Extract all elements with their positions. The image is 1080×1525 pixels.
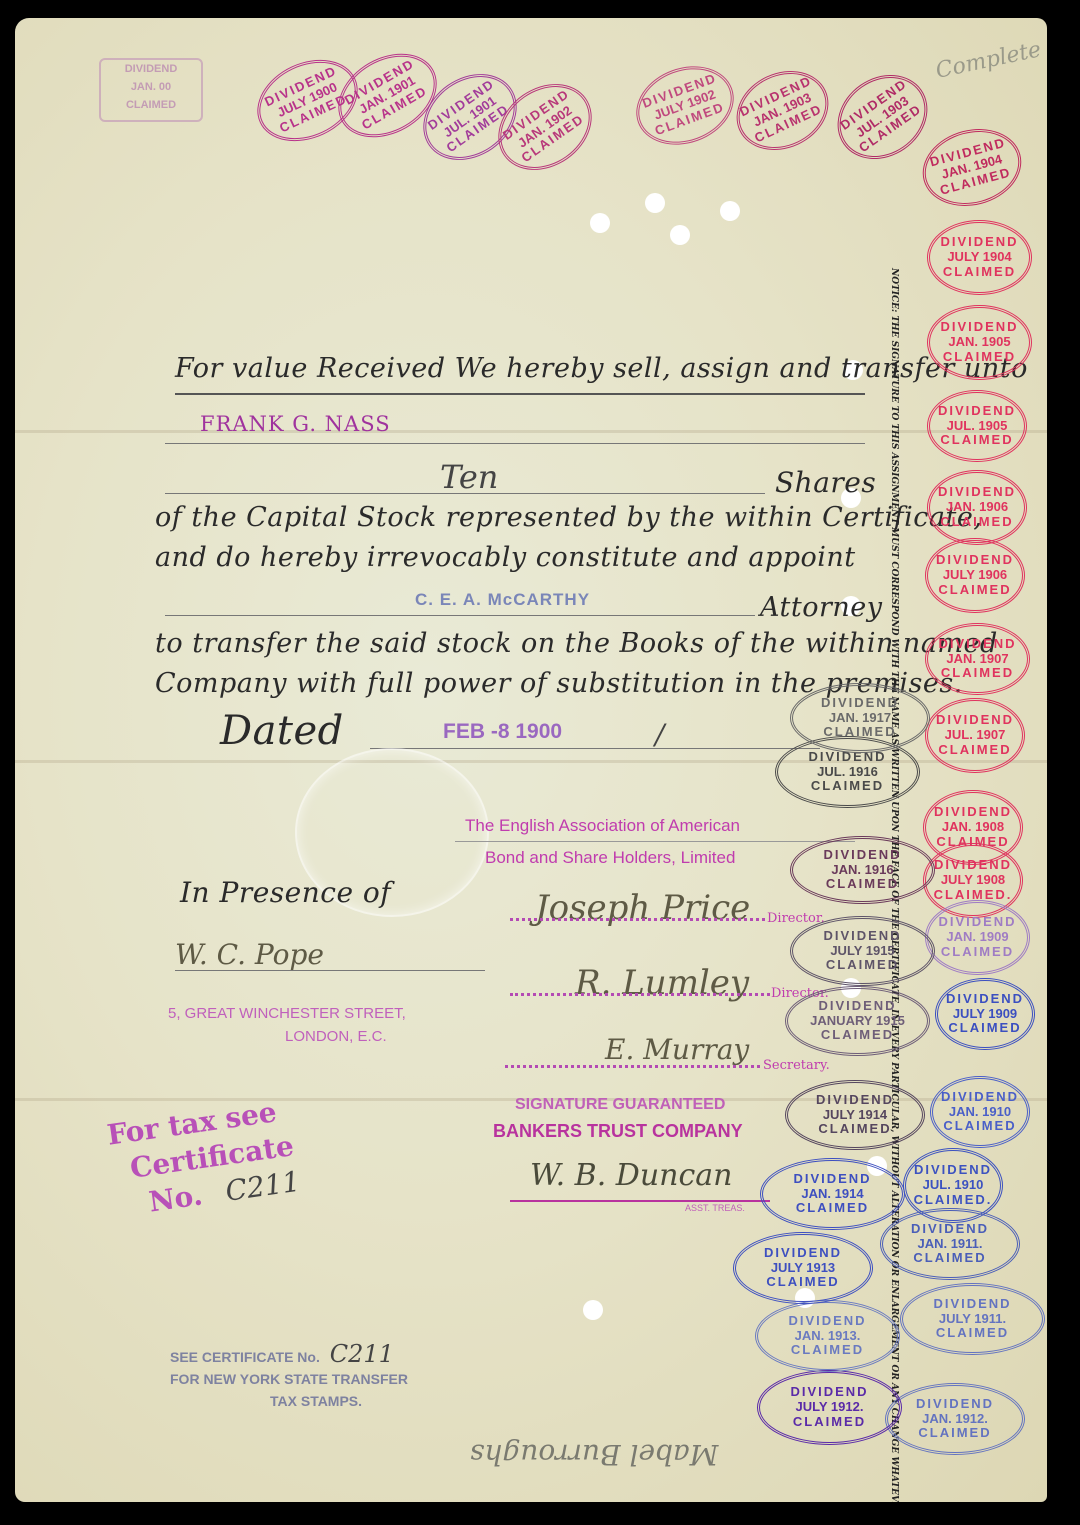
dividend-claimed-stamp: DIVIDENDJULY 1914CLAIMED (785, 1080, 925, 1150)
rule (165, 615, 755, 616)
punch-hole (583, 1300, 603, 1320)
shares-handwritten: Ten (440, 458, 498, 496)
attorney-label: Attorney (760, 592, 883, 623)
assignment-line-4: and do hereby irrevocably constitute and… (155, 542, 856, 573)
punch-hole (645, 193, 665, 213)
dated-label: Dated (220, 708, 344, 754)
pencil-note-top-right: Complete (934, 37, 1044, 84)
dividend-claimed-stamp: DIVIDENDJAN. 1917CLAIMED (790, 683, 930, 753)
director-2-signature: R. Lumley (575, 963, 749, 1003)
guarantee-line-2: BANKERS TRUST COMPANY (493, 1121, 743, 1142)
guarantee-signature: W. B. Duncan (530, 1158, 733, 1193)
assignment-line-1: For value Received We hereby sell, assig… (175, 353, 1028, 384)
dividend-claimed-stamp: DIVIDENDJAN. 1905CLAIMED (927, 305, 1032, 380)
dividend-claimed-stamp: DIVIDENDJAN. 1914CLAIMED (760, 1158, 905, 1230)
dividend-claimed-stamp: DIVIDENDJAN. 1912.CLAIMED (885, 1383, 1025, 1455)
rule (165, 443, 865, 444)
ny-transfer-tax-stamp: SEE CERTIFICATE No. C211 FOR NEW YORK ST… (170, 1343, 408, 1412)
dividend-claimed-stamp: DIVIDENDJULY 1906CLAIMED (925, 538, 1025, 613)
punch-hole (720, 201, 740, 221)
dividend-claimed-stamp: DIVIDENDJULY 1912.CLAIMED (757, 1370, 902, 1445)
company-stamp-line-2: Bond and Share Holders, Limited (485, 848, 735, 868)
company-stamp-line-1: The English Association of American (465, 816, 740, 836)
faded-dividend-box-stamp: DIVIDEND JAN. 00 CLAIMED (99, 58, 203, 122)
dividend-claimed-stamp: DIVIDENDJAN. 1911.CLAIMED (880, 1208, 1020, 1280)
assignment-line-6: to transfer the said stock on the Books … (155, 628, 998, 659)
rule (455, 841, 855, 842)
rule (175, 970, 485, 971)
assignee-stamp: FRANK G. NASS (200, 412, 391, 436)
dividend-claimed-stamp: DIVIDENDJAN. 1903CLAIMED (724, 56, 842, 164)
dividend-claimed-stamp: DIVIDENDJULY 1909CLAIMED (935, 978, 1035, 1050)
ny-certificate-number: C211 (330, 1340, 394, 1368)
punch-hole (670, 225, 690, 245)
witness-address-line-2: LONDON, E.C. (285, 1028, 387, 1045)
dividend-claimed-stamp: DIVIDENDJULY 1902CLAIMED (625, 53, 745, 158)
signature-line (510, 993, 770, 996)
signature-line (510, 918, 765, 921)
dividend-claimed-stamp: DIVIDENDJULY 1911.CLAIMED (900, 1283, 1045, 1355)
dividend-claimed-stamp: DIVIDENDJAN. 1907CLAIMED (925, 623, 1030, 695)
dividend-claimed-stamp: DIVIDENDJULY 1913CLAIMED (733, 1232, 873, 1304)
dividend-claimed-stamp: DIVIDENDJAN. 1904CLAIMED (914, 118, 1030, 216)
dividend-claimed-stamp: DIVIDENDJANUARY 1915CLAIMED (785, 986, 930, 1056)
dividend-claimed-stamp: DIVIDENDJULY 1904CLAIMED (927, 220, 1032, 295)
assignment-line-3: of the Capital Stock represented by the … (155, 502, 982, 533)
guarantee-role: ASST. TREAS. (685, 1203, 745, 1213)
rule (165, 493, 765, 494)
date-stamp: FEB -8 1900 (443, 720, 562, 744)
rule (510, 1200, 770, 1202)
dividend-claimed-stamp: DIVIDENDJAN. 1913.CLAIMED (755, 1300, 900, 1372)
rule (370, 748, 820, 749)
certificate-paper: DIVIDEND JAN. 00 CLAIMED Complete For va… (15, 18, 1047, 1502)
tax-stamp: For tax see Certificate No. C211 (105, 1092, 302, 1225)
dividend-claimed-stamp: DIVIDENDJAN. 1916CLAIMED (790, 836, 935, 904)
shares-label: Shares (775, 466, 876, 499)
rule (175, 393, 865, 395)
secretary-role: Secretary. (763, 1058, 830, 1073)
punch-hole (590, 213, 610, 233)
dividend-claimed-stamp: DIVIDENDJUL. 1907CLAIMED (925, 698, 1025, 773)
dividend-claimed-stamp: DIVIDENDJULY 1915CLAIMED (790, 916, 935, 986)
director-1-signature: Joseph Price (535, 888, 750, 928)
witness-address-line-1: 5, GREAT WINCHESTER STREET, (168, 1005, 406, 1022)
dividend-claimed-stamp: DIVIDENDJAN. 1906CLAIMED (927, 470, 1027, 545)
secretary-signature: E. Murray (605, 1033, 749, 1066)
dividend-claimed-stamp: DIVIDENDJAN. 1909CLAIMED (925, 900, 1030, 975)
date-tick: / (655, 718, 664, 751)
signature-line (505, 1065, 760, 1068)
guarantee-line-1: SIGNATURE GUARANTEED (515, 1096, 725, 1114)
pencil-note-bottom: Mabel Burroughs (470, 1438, 718, 1471)
attorney-stamp: C. E. A. McCARTHY (415, 590, 590, 610)
dividend-claimed-stamp: DIVIDENDJAN. 1910CLAIMED (930, 1076, 1030, 1148)
in-presence-label: In Presence of (180, 876, 391, 909)
dividend-claimed-stamp: DIVIDENDJUL. 1905CLAIMED (927, 390, 1027, 462)
witness-signature: W. C. Pope (175, 938, 324, 971)
